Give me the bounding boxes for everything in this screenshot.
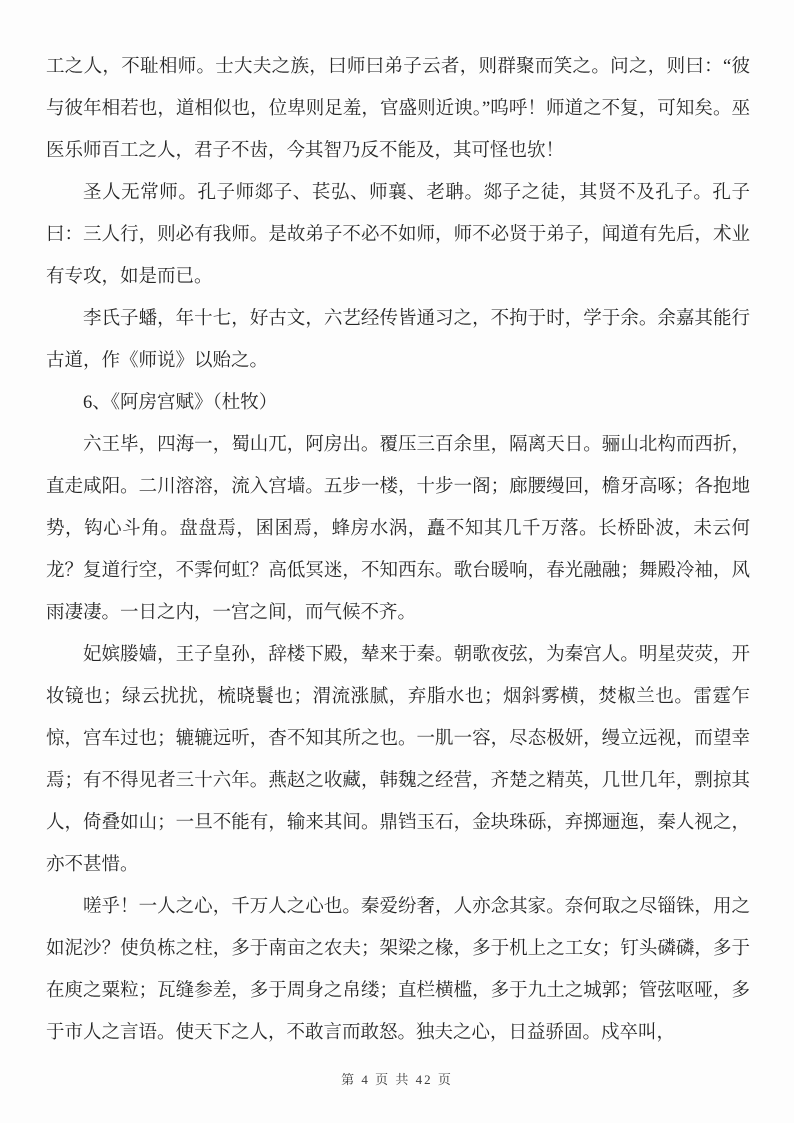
paragraph-efanggongfu-2: 妃嫔媵嫱，王子皇孙，辞楼下殿，辇来于秦。朝歌夜弦，为秦宫人。明星荧荧，开妆镜也；… [46, 634, 750, 886]
paragraph-shishuo-continuation: 工之人，不耻相师。士大夫之族，曰师曰弟子云者，则群聚而笑之。问之，则曰：“彼与彼… [46, 46, 750, 172]
paragraph-shishuo-2: 圣人无常师。孔子师郯子、苌弘、师襄、老聃。郯子之徒，其贤不及孔子。孔子曰：三人行… [46, 172, 750, 298]
page-footer: 第 4 页 共 42 页 [0, 1070, 794, 1090]
paragraph-efanggongfu-3: 嗟乎！一人之心，千万人之心也。秦爱纷奢，人亦念其家。奈何取之尽锱铢，用之如泥沙？… [46, 886, 750, 1054]
document-body: 工之人，不耻相师。士大夫之族，曰师曰弟子云者，则群聚而笑之。问之，则曰：“彼与彼… [46, 46, 750, 1054]
section-heading: 6、《阿房宫赋》（杜牧） [46, 382, 750, 424]
paragraph-efanggongfu-1: 六王毕，四海一，蜀山兀，阿房出。覆压三百余里，隔离天日。骊山北构而西折，直走咸阳… [46, 424, 750, 634]
paragraph-shishuo-3: 李氏子蟠，年十七，好古文，六艺经传皆通习之，不拘于时，学于余。余嘉其能行古道，作… [46, 298, 750, 382]
document-page: 工之人，不耻相师。士大夫之族，曰师曰弟子云者，则群聚而笑之。问之，则曰：“彼与彼… [0, 0, 794, 1123]
